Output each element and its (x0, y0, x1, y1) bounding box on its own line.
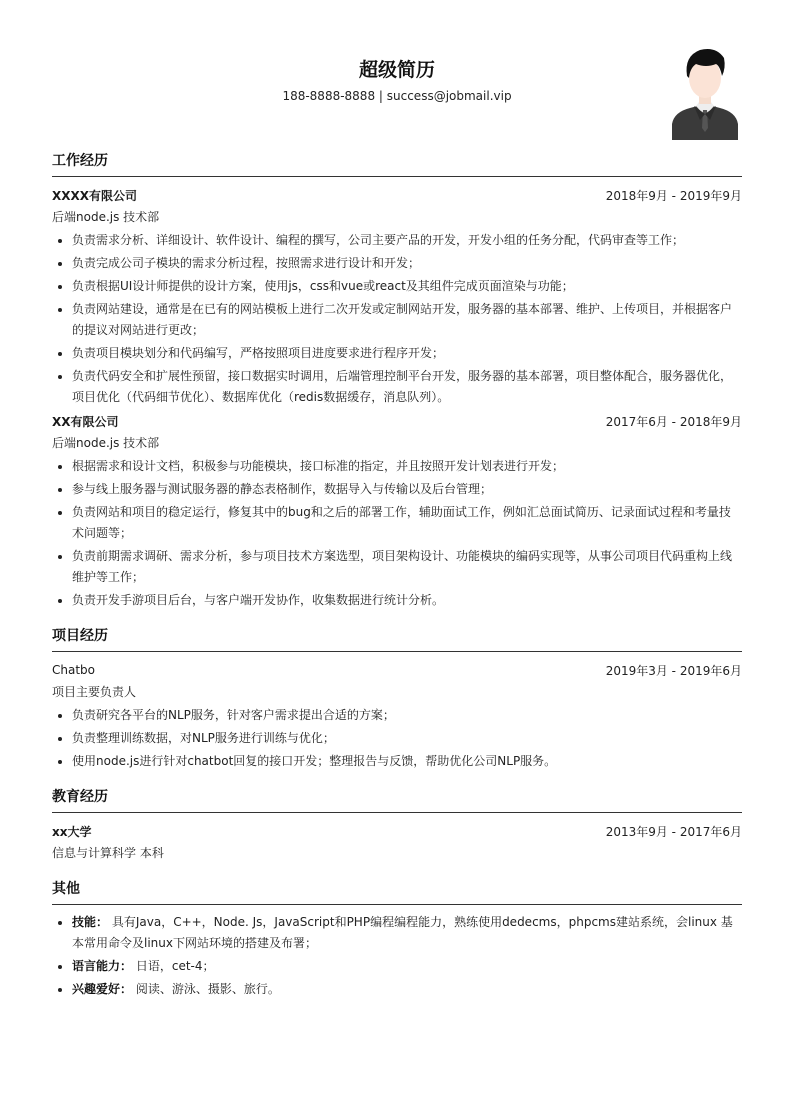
list-item: 负责开发手游项目后台，与客户端开发协作，收集数据进行统计分析。 (52, 590, 742, 611)
degree: 信息与计算科学 本科 (52, 842, 742, 864)
section-title: 其他 (52, 878, 742, 905)
list-item: 负责整理训练数据，对NLP服务进行训练与优化； (52, 728, 742, 749)
list-item: 根据需求和设计文档，积极参与功能模块，接口标准的指定，并且按照开发计划表进行开发… (52, 456, 742, 477)
item-label: 语言能力： (72, 959, 132, 973)
list-item: 参与线上服务器与测试服务器的静态表格制作，数据导入与传输以及后台管理； (52, 479, 742, 500)
duty-list: 根据需求和设计文档，积极参与功能模块，接口标准的指定，并且按照开发计划表进行开发… (52, 456, 742, 611)
date-range: 2019年3月 - 2019年6月 (606, 662, 742, 679)
item-text: 具有Java，C++，Node. Js，JavaScript和PHP编程编程能力… (72, 915, 733, 950)
item-text: 阅读、游泳、摄影、旅行。 (136, 982, 280, 996)
list-item: 语言能力： 日语，cet-4； (52, 956, 742, 977)
school-name: xx大学 (52, 823, 91, 840)
list-item: 兴趣爱好： 阅读、游泳、摄影、旅行。 (52, 979, 742, 1000)
date-range: 2013年9月 - 2017年6月 (606, 823, 742, 840)
resume-page: 超级简历 188-8888-8888 | success@jobmail.vip… (52, 0, 742, 1014)
work-entry: XXXX有限公司 2018年9月 - 2019年9月 后端node.js 技术部… (52, 184, 742, 408)
list-item: 负责网站和项目的稳定运行，修复其中的bug和之后的部署工作，辅助面试工作，例如汇… (52, 502, 742, 544)
list-item: 负责需求分析、详细设计、软件设计、编程的撰写，公司主要产品的开发，开发小组的任务… (52, 230, 742, 251)
project-name: Chatbo (52, 663, 95, 677)
item-label: 兴趣爱好： (72, 982, 132, 996)
role: 项目主要负责人 (52, 681, 742, 703)
list-item: 负责研究各平台的NLP服务，针对客户需求提出合适的方案； (52, 705, 742, 726)
company-name: XX有限公司 (52, 413, 119, 430)
candidate-name: 超级简历 (52, 55, 742, 82)
duty-list: 负责需求分析、详细设计、软件设计、编程的撰写，公司主要产品的开发，开发小组的任务… (52, 230, 742, 408)
list-item: 负责前期需求调研、需求分析，参与项目技术方案选型，项目架构设计、功能模块的编码实… (52, 546, 742, 588)
section-title: 教育经历 (52, 786, 742, 813)
role: 后端node.js 技术部 (52, 206, 742, 228)
education-entry: xx大学 2013年9月 - 2017年6月 信息与计算科学 本科 (52, 820, 742, 864)
section-title: 工作经历 (52, 150, 742, 177)
list-item: 负责完成公司子模块的需求分析过程，按照需求进行设计和开发； (52, 253, 742, 274)
section-projects: 项目经历 Chatbo 2019年3月 - 2019年6月 项目主要负责人 负责… (52, 625, 742, 772)
list-item: 使用node.js进行针对chatbot回复的接口开发；整理报告与反馈，帮助优化… (52, 751, 742, 772)
other-list: 技能： 具有Java，C++，Node. Js，JavaScript和PHP编程… (52, 912, 742, 1000)
section-other: 其他 技能： 具有Java，C++，Node. Js，JavaScript和PH… (52, 878, 742, 1000)
date-range: 2017年6月 - 2018年9月 (606, 413, 742, 430)
resume-header: 超级简历 188-8888-8888 | success@jobmail.vip (52, 0, 742, 150)
section-title: 项目经历 (52, 625, 742, 652)
duty-list: 负责研究各平台的NLP服务，针对客户需求提出合适的方案； 负责整理训练数据，对N… (52, 705, 742, 772)
list-item: 技能： 具有Java，C++，Node. Js，JavaScript和PHP编程… (52, 912, 742, 954)
item-label: 技能： (72, 915, 108, 929)
list-item: 负责项目模块划分和代码编写，严格按照项目进度要求进行程序开发； (52, 343, 742, 364)
role: 后端node.js 技术部 (52, 432, 742, 454)
project-entry: Chatbo 2019年3月 - 2019年6月 项目主要负责人 负责研究各平台… (52, 659, 742, 772)
section-work-experience: 工作经历 XXXX有限公司 2018年9月 - 2019年9月 后端node.j… (52, 150, 742, 611)
section-education: 教育经历 xx大学 2013年9月 - 2017年6月 信息与计算科学 本科 (52, 786, 742, 864)
list-item: 负责代码安全和扩展性预留，接口数据实时调用，后端管理控制平台开发，服务器的基本部… (52, 366, 742, 408)
list-item: 负责根据UI设计师提供的设计方案，使用js，css和vue或react及其组件完… (52, 276, 742, 297)
company-name: XXXX有限公司 (52, 187, 137, 204)
date-range: 2018年9月 - 2019年9月 (606, 187, 742, 204)
list-item: 负责网站建设，通常是在已有的网站模板上进行二次开发或定制网站开发，服务器的基本部… (52, 299, 742, 341)
item-text: 日语，cet-4； (136, 959, 215, 973)
avatar-person-icon (670, 44, 740, 140)
work-entry: XX有限公司 2017年6月 - 2018年9月 后端node.js 技术部 根… (52, 410, 742, 611)
contact-info: 188-8888-8888 | success@jobmail.vip (52, 89, 742, 103)
